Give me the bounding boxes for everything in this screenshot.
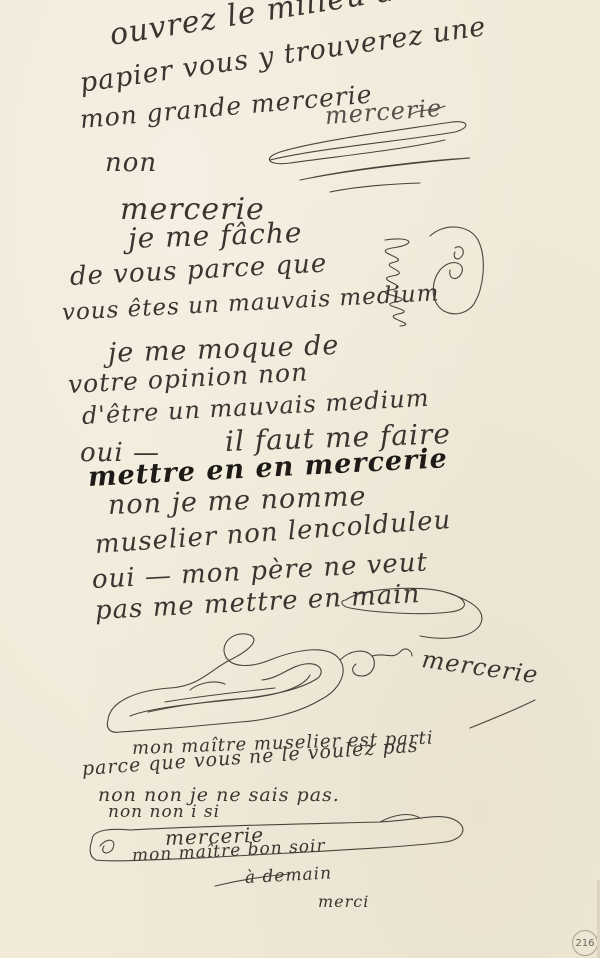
page-number-stamp: 216 [572, 930, 598, 956]
text-line-28: merci [318, 892, 369, 911]
text-line-26: mon maître bon soir [131, 836, 326, 866]
text-line-8: de vous parce que [69, 249, 328, 292]
text-line-7: je me fâche [127, 216, 303, 255]
text-line-27: à demain [244, 863, 332, 888]
text-line-24: non non i si [108, 802, 220, 822]
text-line-5: non [105, 148, 157, 178]
manuscript-page: ouvrez le milieu de votre papier vous y … [0, 0, 600, 958]
text-line-20: mercerie [420, 645, 540, 689]
